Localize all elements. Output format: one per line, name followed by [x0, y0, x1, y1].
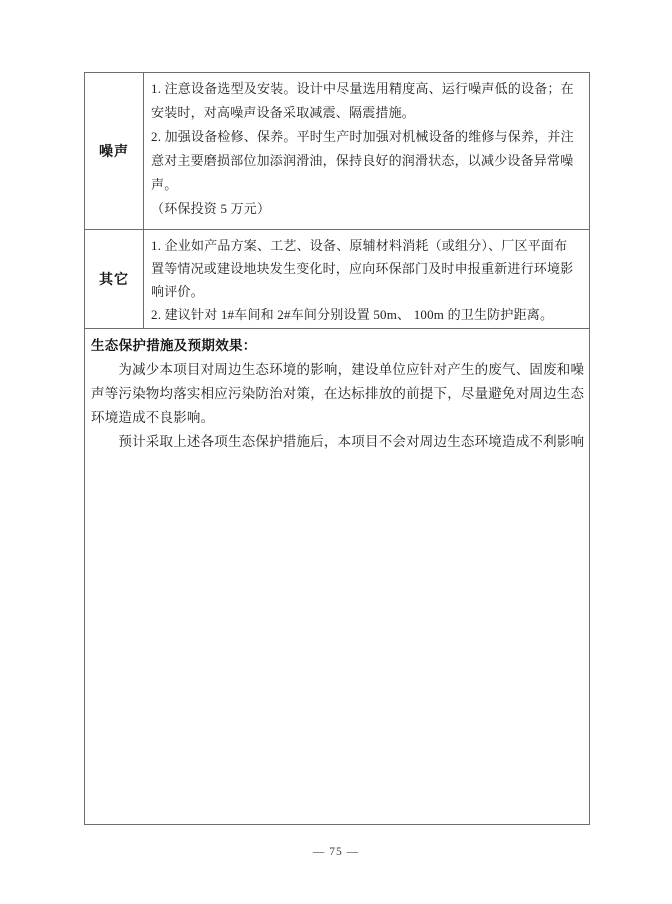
text-line: 声。: [151, 173, 584, 197]
eco-section-body: 为减少本项目对周边生态环境的影响，建设单位应针对产生的废气、固废和噪声等污染物均…: [91, 358, 584, 454]
table-row: 其它 1. 企业如产品方案、工艺、设备、原辅材料消耗（或组分）、厂区平面布置等情…: [85, 230, 590, 329]
text-line: 置等情况或建设地块发生变化时，应向环保部门及时申报重新进行环境影: [151, 257, 584, 280]
text-line: 1. 企业如产品方案、工艺、设备、原辅材料消耗（或组分）、厂区平面布: [151, 234, 584, 257]
eco-section-heading: 生态保护措施及预期效果：: [91, 333, 584, 358]
other-measures-cell: 1. 企业如产品方案、工艺、设备、原辅材料消耗（或组分）、厂区平面布置等情况或建…: [144, 230, 590, 329]
noise-measures-cell: 1. 注意设备选型及安装。设计中尽量选用精度高、运行噪声低的设备；在安装时，对高…: [144, 73, 590, 230]
text-line: （环保投资 5 万元）: [151, 197, 584, 221]
text-line: 环境造成不良影响。: [91, 406, 584, 430]
eco-section-cell: 生态保护措施及预期效果： 为减少本项目对周边生态环境的影响，建设单位应针对产生的…: [85, 329, 590, 825]
text-line: 为减少本项目对周边生态环境的影响，建设单位应针对产生的废气、固废和噪: [91, 358, 584, 382]
table-row: 生态保护措施及预期效果： 为减少本项目对周边生态环境的影响，建设单位应针对产生的…: [85, 329, 590, 825]
text-line: 2. 加强设备检修、保养。平时生产时加强对机械设备的维修与保养，并注: [151, 125, 584, 149]
text-line: 1. 注意设备选型及安装。设计中尽量选用精度高、运行噪声低的设备；在: [151, 77, 584, 101]
text-line: 响评价。: [151, 280, 584, 303]
document-page: 噪声 1. 注意设备选型及安装。设计中尽量选用精度高、运行噪声低的设备；在安装时…: [0, 0, 672, 904]
text-line: 意对主要磨损部位加添润滑油，保持良好的润滑状态，以减少设备异常噪: [151, 149, 584, 173]
text-line: 声等污染物均落实相应污染防治对策，在达标排放的前提下，尽量避免对周边生态: [91, 382, 584, 406]
text-line: 2. 建议针对 1#车间和 2#车间分别设置 50m、 100m 的卫生防护距离…: [151, 303, 584, 326]
page-number: — 75 —: [0, 845, 672, 859]
text-line: 预计采取上述各项生态保护措施后，本项目不会对周边生态环境造成不利影响。: [91, 430, 584, 454]
row-label-other: 其它: [85, 230, 144, 329]
text-line: 安装时，对高噪声设备采取减震、隔震措施。: [151, 101, 584, 125]
measures-table: 噪声 1. 注意设备选型及安装。设计中尽量选用精度高、运行噪声低的设备；在安装时…: [84, 72, 590, 825]
row-label-noise: 噪声: [85, 73, 144, 230]
table-row: 噪声 1. 注意设备选型及安装。设计中尽量选用精度高、运行噪声低的设备；在安装时…: [85, 73, 590, 230]
